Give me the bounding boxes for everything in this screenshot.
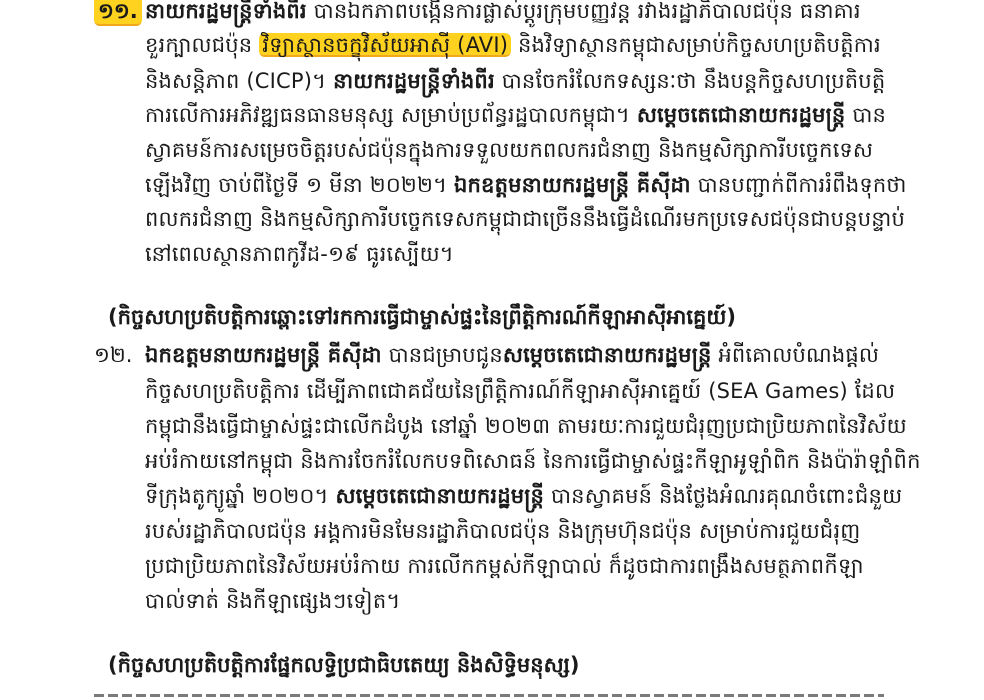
bold-text: ឯកឧត្តមនាយករដ្ឋមន្ត្រី គីស៊ីដា — [145, 343, 382, 367]
bold-text: នាយករដ្ឋមន្ត្រីទាំងពីរ — [333, 69, 495, 93]
cut-off-next-line — [94, 690, 884, 700]
p11-line-7: ពលករជំនាញ និងកម្មសិក្សាការីបច្ចេកទេសកម្ព… — [145, 204, 905, 234]
p12-line-6: របស់រដ្ឋាភិបាលជប៉ុន អង្គការមិនមែនរដ្ឋាភិ… — [145, 516, 861, 546]
section-heading-sea-games: (កិច្ចសហប្រតិបត្តិការឆ្ពោះទៅរកការធ្វើជាម… — [108, 302, 736, 332]
p12-line-1: ឯកឧត្តមនាយករដ្ឋមន្ត្រី គីស៊ីដា បានជម្រាប… — [145, 340, 879, 370]
paragraph-number-11: ១១. — [94, 0, 142, 26]
p11-line-4: ការលើការអភិវឌ្ឍធនធានមនុស្ស សម្រាប់ប្រព័ន… — [145, 100, 886, 130]
section-heading-democracy: (កិច្ចសហប្រតិបត្តិការផ្នែកលទ្ធិប្រជាធិបត… — [108, 650, 579, 680]
document-page: ១១. នាយករដ្ឋមន្ត្រីទាំងពីរ បានឯកភាពបង្កើ… — [0, 0, 984, 700]
p12-line-3: កម្ពុជានឹងធ្វើជាម្ចាស់ផ្ទះជាលើកដំបូង នៅឆ… — [145, 411, 907, 441]
highlighted-text: វិទ្យាស្ថានចក្ខុវិស័យអាស៊ី (AVI) — [259, 33, 511, 57]
p11-line-3: និងសន្តិភាព (CICP)។ នាយករដ្ឋមន្ត្រីទាំងព… — [145, 66, 885, 96]
paragraph-number-12: ១២. — [94, 340, 132, 370]
p12-line-4: អប់រំកាយនៅកម្ពុជា និងការចែករំលែកបទពិសោធន… — [145, 446, 921, 476]
partial-text-strip — [94, 694, 884, 697]
p12-line-8: បាល់ទាត់ និងកីឡាផ្សេងៗទៀត។ — [145, 586, 400, 616]
bold-text: សម្តេចតេជោនាយករដ្ឋមន្ត្រី — [637, 103, 846, 127]
bold-text: នាយករដ្ឋមន្ត្រីទាំងពីរ — [145, 0, 307, 23]
p12-line-2: កិច្ចសហប្រតិបត្តិការ ដើម្បីភាពជោគជ័យនៃព្… — [145, 376, 895, 406]
bold-text: ឯកឧត្តមនាយករដ្ឋមន្ត្រី គីស៊ីដា — [454, 173, 691, 197]
p12-line-7: ប្រជាប្រិយភាពនៃវិស័យអប់រំកាយ ការលើកកម្ពស… — [145, 551, 864, 581]
p11-line-2: ខួរក្បាលជប៉ុន វិទ្យាស្ថានចក្ខុវិស័យអាស៊ី… — [145, 30, 880, 60]
p11-line-1: នាយករដ្ឋមន្ត្រីទាំងពីរ បានឯកភាពបង្កើនការ… — [145, 0, 880, 26]
bold-text: សម្តេចតេជោនាយករដ្ឋមន្ត្រី — [503, 343, 712, 367]
p11-line-8: នៅពេលស្ថានភាពកូវីដ-១៩ ធូរស្បើយ។ — [145, 239, 454, 269]
bold-text: សម្តេចតេជោនាយករដ្ឋមន្ត្រី — [335, 484, 544, 508]
p11-line-6: ឡើងវិញ ចាប់ពីថ្ងៃទី ១ មីនា ២០២២។ ឯកឧត្តម… — [145, 170, 907, 200]
p11-line-5: ស្វាគមន៍ការសម្រេចចិត្តរបស់ជប៉ុនក្នុងការទ… — [145, 135, 873, 165]
p12-line-5: ទីក្រុងតូក្យូឆ្នាំ ២០២០។ សម្តេចតេជោនាយករ… — [145, 481, 902, 511]
